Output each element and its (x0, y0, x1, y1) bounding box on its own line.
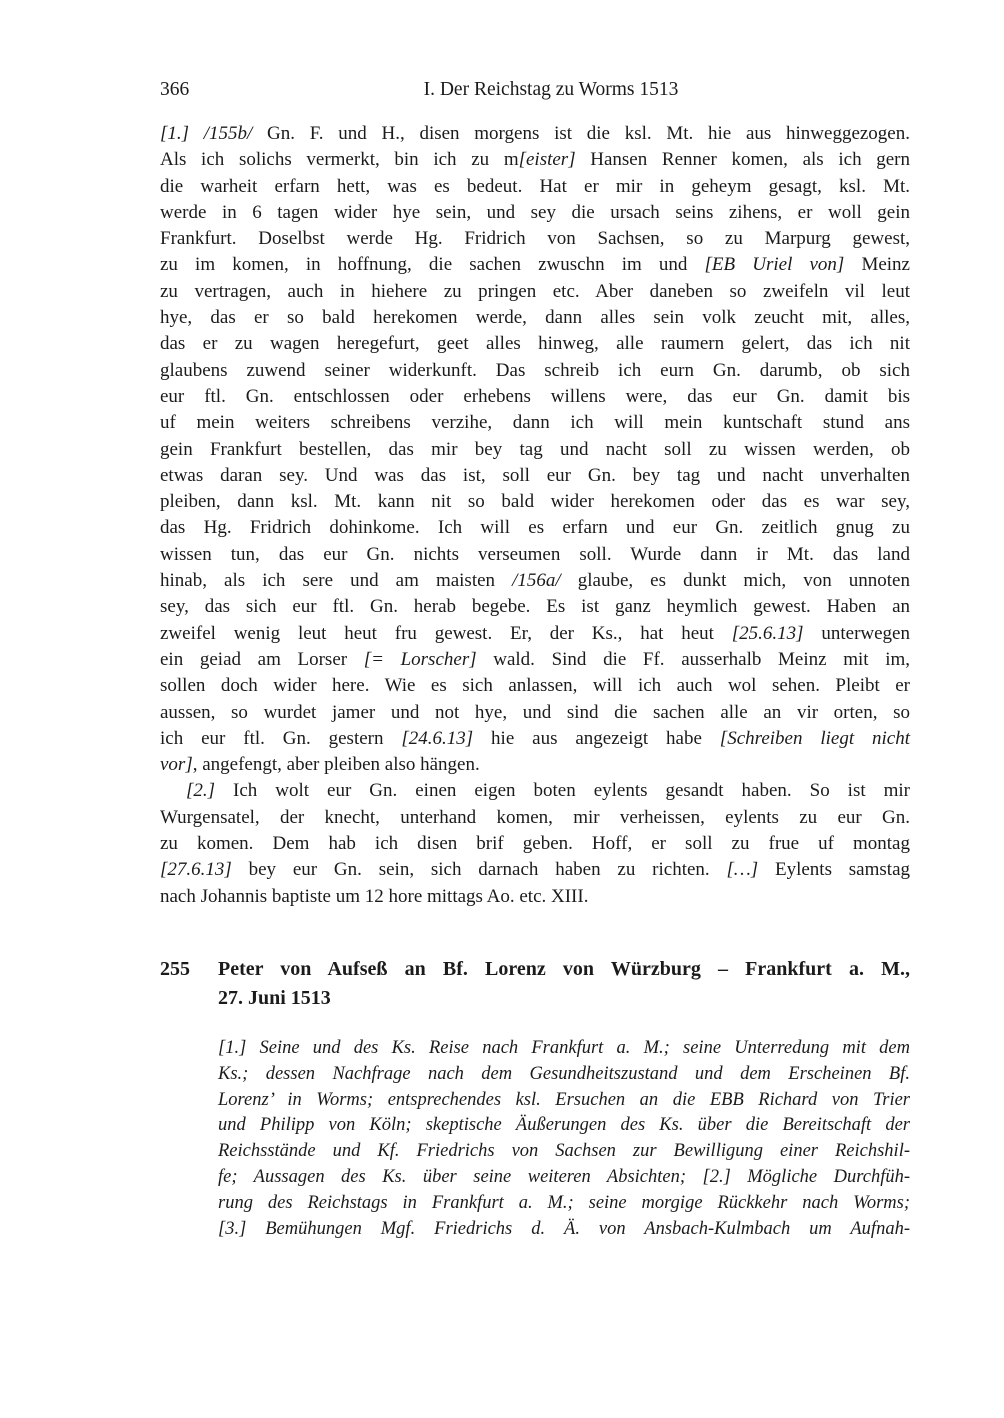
text-line: Frankfurt. Doselbst werde Hg. Fridrich v… (160, 226, 910, 252)
text-line: [3.] Bemühungen Mgf. Friedrichs d. Ä. vo… (218, 1217, 910, 1243)
text-line: glaubens zuwend seiner widerkunft. Das s… (160, 358, 910, 384)
text-line: [2.] Ich wolt eur Gn. einen eigen boten … (160, 778, 910, 804)
entry-summary: [1.] Seine und des Ks. Reise nach Frankf… (218, 1036, 910, 1242)
text-line: ich eur ftl. Gn. gestern [24.6.13] hie a… (160, 726, 910, 752)
text-line: Als ich solichs vermerkt, bin ich zu m[e… (160, 147, 910, 173)
running-header: I. Der Reichstag zu Worms 1513 (192, 78, 910, 102)
text-line: sey, das sich eur ftl. Gn. herab begebe.… (160, 594, 910, 620)
text-line: Reichsstände und Kf. Friedrichs von Sach… (218, 1139, 910, 1165)
book-page: 366 I. Der Reichstag zu Worms 1513 [1.] … (0, 0, 1004, 1418)
text-line: pleiben, dann ksl. Mt. kann nit so bald … (160, 489, 910, 515)
text-line: zu vertragen, auch in hiehere zu pringen… (160, 279, 910, 305)
page-number: 366 (160, 78, 189, 102)
letter-paragraph-1: [1.] /155b/ Gn. F. und H., disen morgens… (160, 121, 910, 778)
text-line: nach Johannis baptiste um 12 hore mittag… (160, 884, 910, 910)
text-line: zu komen. Dem hab ich disen brif geben. … (160, 831, 910, 857)
text-line: und Philipp von Köln; skeptische Äußerun… (218, 1113, 910, 1139)
text-line: sollen doch wider here. Wie es sich anla… (160, 673, 910, 699)
entry-heading-block: 255 Peter von Aufseß an Bf. Lorenz von W… (160, 955, 910, 1013)
entry-number: 255 (160, 955, 190, 984)
text-line: vor], angefengt, aber pleiben also hänge… (160, 752, 910, 778)
text-line: etwas daran sey. Und was das ist, soll e… (160, 463, 910, 489)
entry-heading: Peter von Aufseß an Bf. Lorenz von Würzb… (218, 955, 910, 1013)
text-line: fe; Aussagen des Ks. über seine weiteren… (218, 1165, 910, 1191)
text-line: zu im komen, in hoffnung, die sachen zwu… (160, 252, 910, 278)
text-line: Lorenz’ in Worms; entsprechendes ksl. Er… (218, 1088, 910, 1114)
text-line: Wurgensatel, der knecht, unterhand komen… (160, 805, 910, 831)
text-line: die warheit erfarn hett, was es bedeut. … (160, 174, 910, 200)
text-line: Peter von Aufseß an Bf. Lorenz von Würzb… (218, 955, 910, 984)
text-line: wissen tun, das eur Gn. nichts verseumen… (160, 542, 910, 568)
text-line: werde in 6 tagen wider hye sein, und sey… (160, 200, 910, 226)
text-line: uf mein weiters schreibens verzihe, dann… (160, 410, 910, 436)
text-line: [27.6.13] bey eur Gn. sein, sich darnach… (160, 857, 910, 883)
text-line: hye, das er so bald herekomen werde, dan… (160, 305, 910, 331)
letter-body: [1.] /155b/ Gn. F. und H., disen morgens… (160, 121, 910, 910)
letter-paragraph-2: [2.] Ich wolt eur Gn. einen eigen boten … (160, 778, 910, 909)
text-line: aussen, so wurdet jamer und not hye, und… (160, 700, 910, 726)
text-line: [1.] /155b/ Gn. F. und H., disen morgens… (160, 121, 910, 147)
page-header: 366 I. Der Reichstag zu Worms 1513 (160, 78, 910, 104)
text-line: gein Frankfurt bestellen, das mir bey ta… (160, 437, 910, 463)
text-line: hinab, als ich sere und am maisten /156a… (160, 568, 910, 594)
text-line: ein geiad am Lorser [= Lorscher] wald. S… (160, 647, 910, 673)
text-line: eur ftl. Gn. entschlossen oder erhebens … (160, 384, 910, 410)
text-line: das er zu wagen heregefurt, geet alles h… (160, 331, 910, 357)
text-line: rung des Reichstags in Frankfurt a. M.; … (218, 1191, 910, 1217)
text-line: zweifel wenig leut heut fru gewest. Er, … (160, 621, 910, 647)
text-line: das Hg. Fridrich dohinkome. Ich will es … (160, 515, 910, 541)
text-line: [1.] Seine und des Ks. Reise nach Frankf… (218, 1036, 910, 1062)
text-line: Ks.; dessen Nachfrage nach dem Gesundhei… (218, 1062, 910, 1088)
text-line: 27. Juni 1513 (218, 984, 910, 1013)
